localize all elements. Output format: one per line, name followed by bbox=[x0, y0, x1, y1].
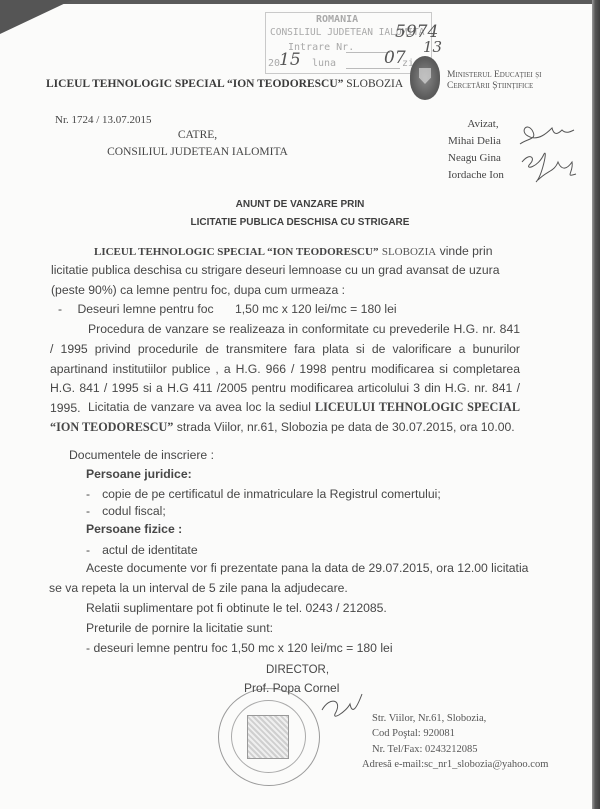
natural-persons-title: Persoane fizice : bbox=[86, 522, 182, 536]
footer-address: Str. Viilor, Nr.61, Slobozia, bbox=[372, 711, 548, 726]
deadline-line2: se va repeta la un interval de 5 zile pa… bbox=[49, 581, 348, 595]
footer-phone: Nr. Tel/Fax: 0243212085 bbox=[372, 742, 548, 757]
approval-block: Avizat, Mihai Delia Neagu Gina Iordache … bbox=[448, 116, 504, 184]
approver-2: Neagu Gina bbox=[448, 150, 504, 167]
footer-postal: Cod Poştal: 920081 bbox=[372, 726, 548, 741]
contact-line: Relatii suplimentare pot fi obtinute le … bbox=[86, 601, 387, 615]
scan-edge-right bbox=[592, 0, 600, 809]
scan-corner-fold bbox=[0, 0, 72, 34]
venue-details: strada Viilor, nr.61, Slobozia pe data d… bbox=[177, 420, 515, 434]
venue-intro: Licitatia de vanzare va avea loc la sedi… bbox=[88, 400, 311, 414]
footer-contact: Str. Viilor, Nr.61, Slobozia, Cod Poştal… bbox=[372, 711, 548, 772]
intro-line2: licitatie publica deschisa cu strigare d… bbox=[51, 263, 500, 277]
approver-3: Iordache Ion bbox=[448, 167, 504, 184]
announcement-title-line1: ANUNT DE VANZARE PRIN bbox=[0, 199, 600, 210]
item-calc: 1,50 mc x 120 lei/mc = 180 lei bbox=[235, 302, 397, 316]
scan-edge-top bbox=[0, 0, 600, 4]
handwritten-day: 13 bbox=[423, 38, 442, 56]
handwritten-year: 15 bbox=[279, 50, 301, 70]
legal-item-1-text: copie de pe certificatul de inmatricular… bbox=[102, 487, 441, 501]
footer-email[interactable]: Adresă e-mail:sc_nr1_slobozia@yahoo.com bbox=[362, 757, 548, 772]
announcement-title-line2: LICITATIE PUBLICA DESCHISA CU STRIGARE bbox=[0, 217, 600, 228]
price-item: - deseuri lemne pentru foc 1,50 mc x 120… bbox=[86, 641, 393, 655]
intro-institution: LICEUL TEHNOLOGIC SPECIAL “ION TEODORESC… bbox=[94, 246, 378, 258]
institution-city: SLOBOZIA bbox=[346, 78, 403, 90]
stamp-month-label: luna bbox=[312, 58, 336, 69]
institution-header: LICEUL TEHNOLOGIC SPECIAL “ION TEODORESC… bbox=[46, 78, 403, 90]
deadline-line1: Aceste documente vor fi prezentate pana … bbox=[86, 561, 528, 575]
ministry-name: Ministerul Educației și Cercetării Știin… bbox=[447, 70, 541, 92]
item-dash: - bbox=[58, 302, 62, 316]
school-round-stamp bbox=[218, 688, 320, 786]
natural-item-1: -actul de identitate bbox=[86, 543, 198, 557]
intro-text: vinde prin bbox=[440, 244, 493, 258]
stamp-coat-of-arms-icon bbox=[247, 715, 289, 759]
handwritten-month: 07 bbox=[384, 48, 406, 68]
legal-item-2-text: codul fiscal; bbox=[102, 504, 166, 518]
legal-item-2: -codul fiscal; bbox=[86, 504, 166, 518]
ministry-line1: Ministerul Educației și bbox=[447, 70, 541, 81]
document-number: Nr. 1724 / 13.07.2015 bbox=[55, 114, 152, 126]
romania-coat-of-arms-icon bbox=[410, 56, 440, 100]
legal-persons-title: Persoane juridice: bbox=[86, 467, 192, 481]
recipient-name: CONSILIUL JUDETEAN IALOMITA bbox=[0, 144, 395, 161]
recipient-label: CATRE, bbox=[0, 127, 395, 144]
documents-title: Documentele de inscriere : bbox=[69, 448, 214, 462]
venue-paragraph: Licitatia de vanzare va avea loc la sedi… bbox=[50, 398, 520, 438]
approval-label: Avizat, bbox=[448, 116, 504, 133]
intro-city: SLOBOZIA bbox=[382, 246, 436, 258]
ministry-line2: Cercetării Științifice bbox=[447, 81, 541, 92]
legal-item-1: -copie de pe certificatul de inmatricula… bbox=[86, 487, 441, 501]
approver-1: Mihai Delia bbox=[448, 133, 504, 150]
item-name: Deseuri lemne pentru foc bbox=[77, 302, 213, 316]
intro-line3: (peste 90%) ca lemne pentru foc, dupa cu… bbox=[51, 283, 345, 297]
item-line: - Deseuri lemne pentru foc 1,50 mc x 120… bbox=[58, 302, 397, 316]
stamp-country: ROMANIA bbox=[316, 14, 358, 25]
institution-name: LICEUL TEHNOLOGIC SPECIAL “ION TEODORESC… bbox=[46, 78, 343, 90]
approval-signatures bbox=[518, 118, 578, 188]
prices-title: Preturile de pornire la licitatie sunt: bbox=[86, 621, 273, 635]
intro-line1: LICEUL TEHNOLOGIC SPECIAL “ION TEODORESC… bbox=[94, 244, 492, 258]
director-role: DIRECTOR, bbox=[266, 664, 329, 676]
natural-item-1-text: actul de identitate bbox=[102, 543, 198, 557]
director-signature bbox=[320, 690, 370, 730]
